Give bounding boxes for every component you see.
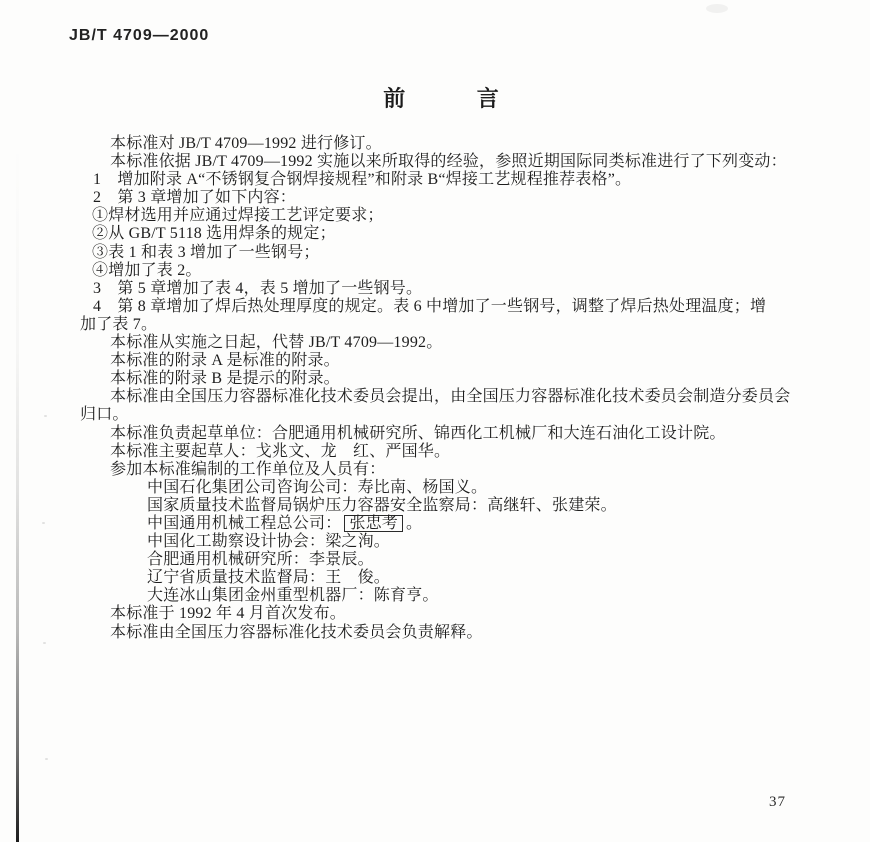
body-line: 大连冰山集团金州重型机器厂：陈育亨。 — [80, 587, 822, 605]
body-line: ③表 1 和表 3 增加了一些钢号； — [80, 244, 822, 262]
body-line: ②从 GB/T 5118 选用焊条的规定； — [80, 225, 822, 243]
standard-code: JB/T 4709—2000 — [69, 27, 209, 45]
body-line: 参加本标准编制的工作单位及人员有： — [80, 461, 822, 479]
body-line: 2 第 3 章增加了如下内容： — [80, 189, 822, 207]
body-line: 合肥通用机械研究所：李景辰。 — [80, 551, 822, 569]
document-page: JB/T 4709—2000 前 言 本标准对 JB/T 4709—1992 进… — [0, 0, 870, 842]
scan-binding-artifact — [16, 140, 19, 842]
body-line: 归口。 — [80, 406, 822, 424]
body-line: 本标准主要起草人：戈兆文、龙 红、严国华。 — [80, 443, 822, 461]
body-line: 加了表 7。 — [80, 316, 822, 334]
body-line: 本标准的附录 A 是标准的附录。 — [80, 352, 822, 370]
body-line: 本标准对 JB/T 4709—1992 进行修订。 — [80, 135, 822, 153]
page-number: 37 — [769, 794, 786, 811]
body-line: 本标准的附录 B 是提示的附录。 — [80, 370, 822, 388]
boxed-line-prefix: 中国通用机械工程总公司： — [147, 515, 341, 532]
body-line: 本标准由全国压力容器标准化技术委员会提出，由全国压力容器标准化技术委员会制造分委… — [80, 388, 822, 406]
body-line: ①焊材选用并应通过焊接工艺评定要求； — [80, 207, 822, 225]
body-line: 辽宁省质量技术监督局：王 俊。 — [80, 569, 822, 587]
body-line: 本标准由全国压力容器标准化技术委员会负责解释。 — [80, 624, 822, 642]
boxed-line-suffix: 。 — [406, 515, 422, 532]
body-line: 本标准依据 JB/T 4709—1992 实施以来所取得的经验，参照近期国际同类… — [80, 153, 822, 171]
body-line: 1 增加附录 A“不锈钢复合钢焊接规程”和附录 B“焊接工艺规程推荐表格”。 — [80, 171, 822, 189]
body-line: 本标准于 1992 年 4 月首次发布。 — [80, 605, 822, 623]
body-line: 中国石化集团公司咨询公司：寿比南、杨国义。 — [80, 479, 822, 497]
scan-smudge — [706, 4, 728, 13]
body-line: 中国化工勘察设计协会：梁之洵。 — [80, 533, 822, 551]
body-line-with-boxed-name: 中国通用机械工程总公司：张忠考。 — [80, 515, 822, 533]
page-title: 前 言 — [0, 82, 870, 113]
boxed-name: 张忠考 — [344, 515, 403, 532]
body-text: 本标准对 JB/T 4709—1992 进行修订。 本标准依据 JB/T 470… — [80, 135, 822, 642]
scan-speck — [42, 522, 45, 524]
scan-speck — [43, 642, 46, 644]
body-line: 本标准负责起草单位：合肥通用机械研究所、锦西化工机械厂和大连石油化工设计院。 — [80, 425, 822, 443]
body-line: 4 第 8 章增加了焊后热处理厚度的规定。表 6 中增加了一些钢号，调整了焊后热… — [80, 298, 822, 316]
body-line: 3 第 5 章增加了表 4，表 5 增加了一些钢号。 — [80, 280, 822, 298]
body-line: 本标准从实施之日起，代替 JB/T 4709—1992。 — [80, 334, 822, 352]
body-line: 国家质量技术监督局锅炉压力容器安全监察局：高继轩、张建荣。 — [80, 497, 822, 515]
scan-speck — [44, 415, 47, 417]
scan-speck — [45, 758, 48, 760]
body-line: ④增加了表 2。 — [80, 262, 822, 280]
